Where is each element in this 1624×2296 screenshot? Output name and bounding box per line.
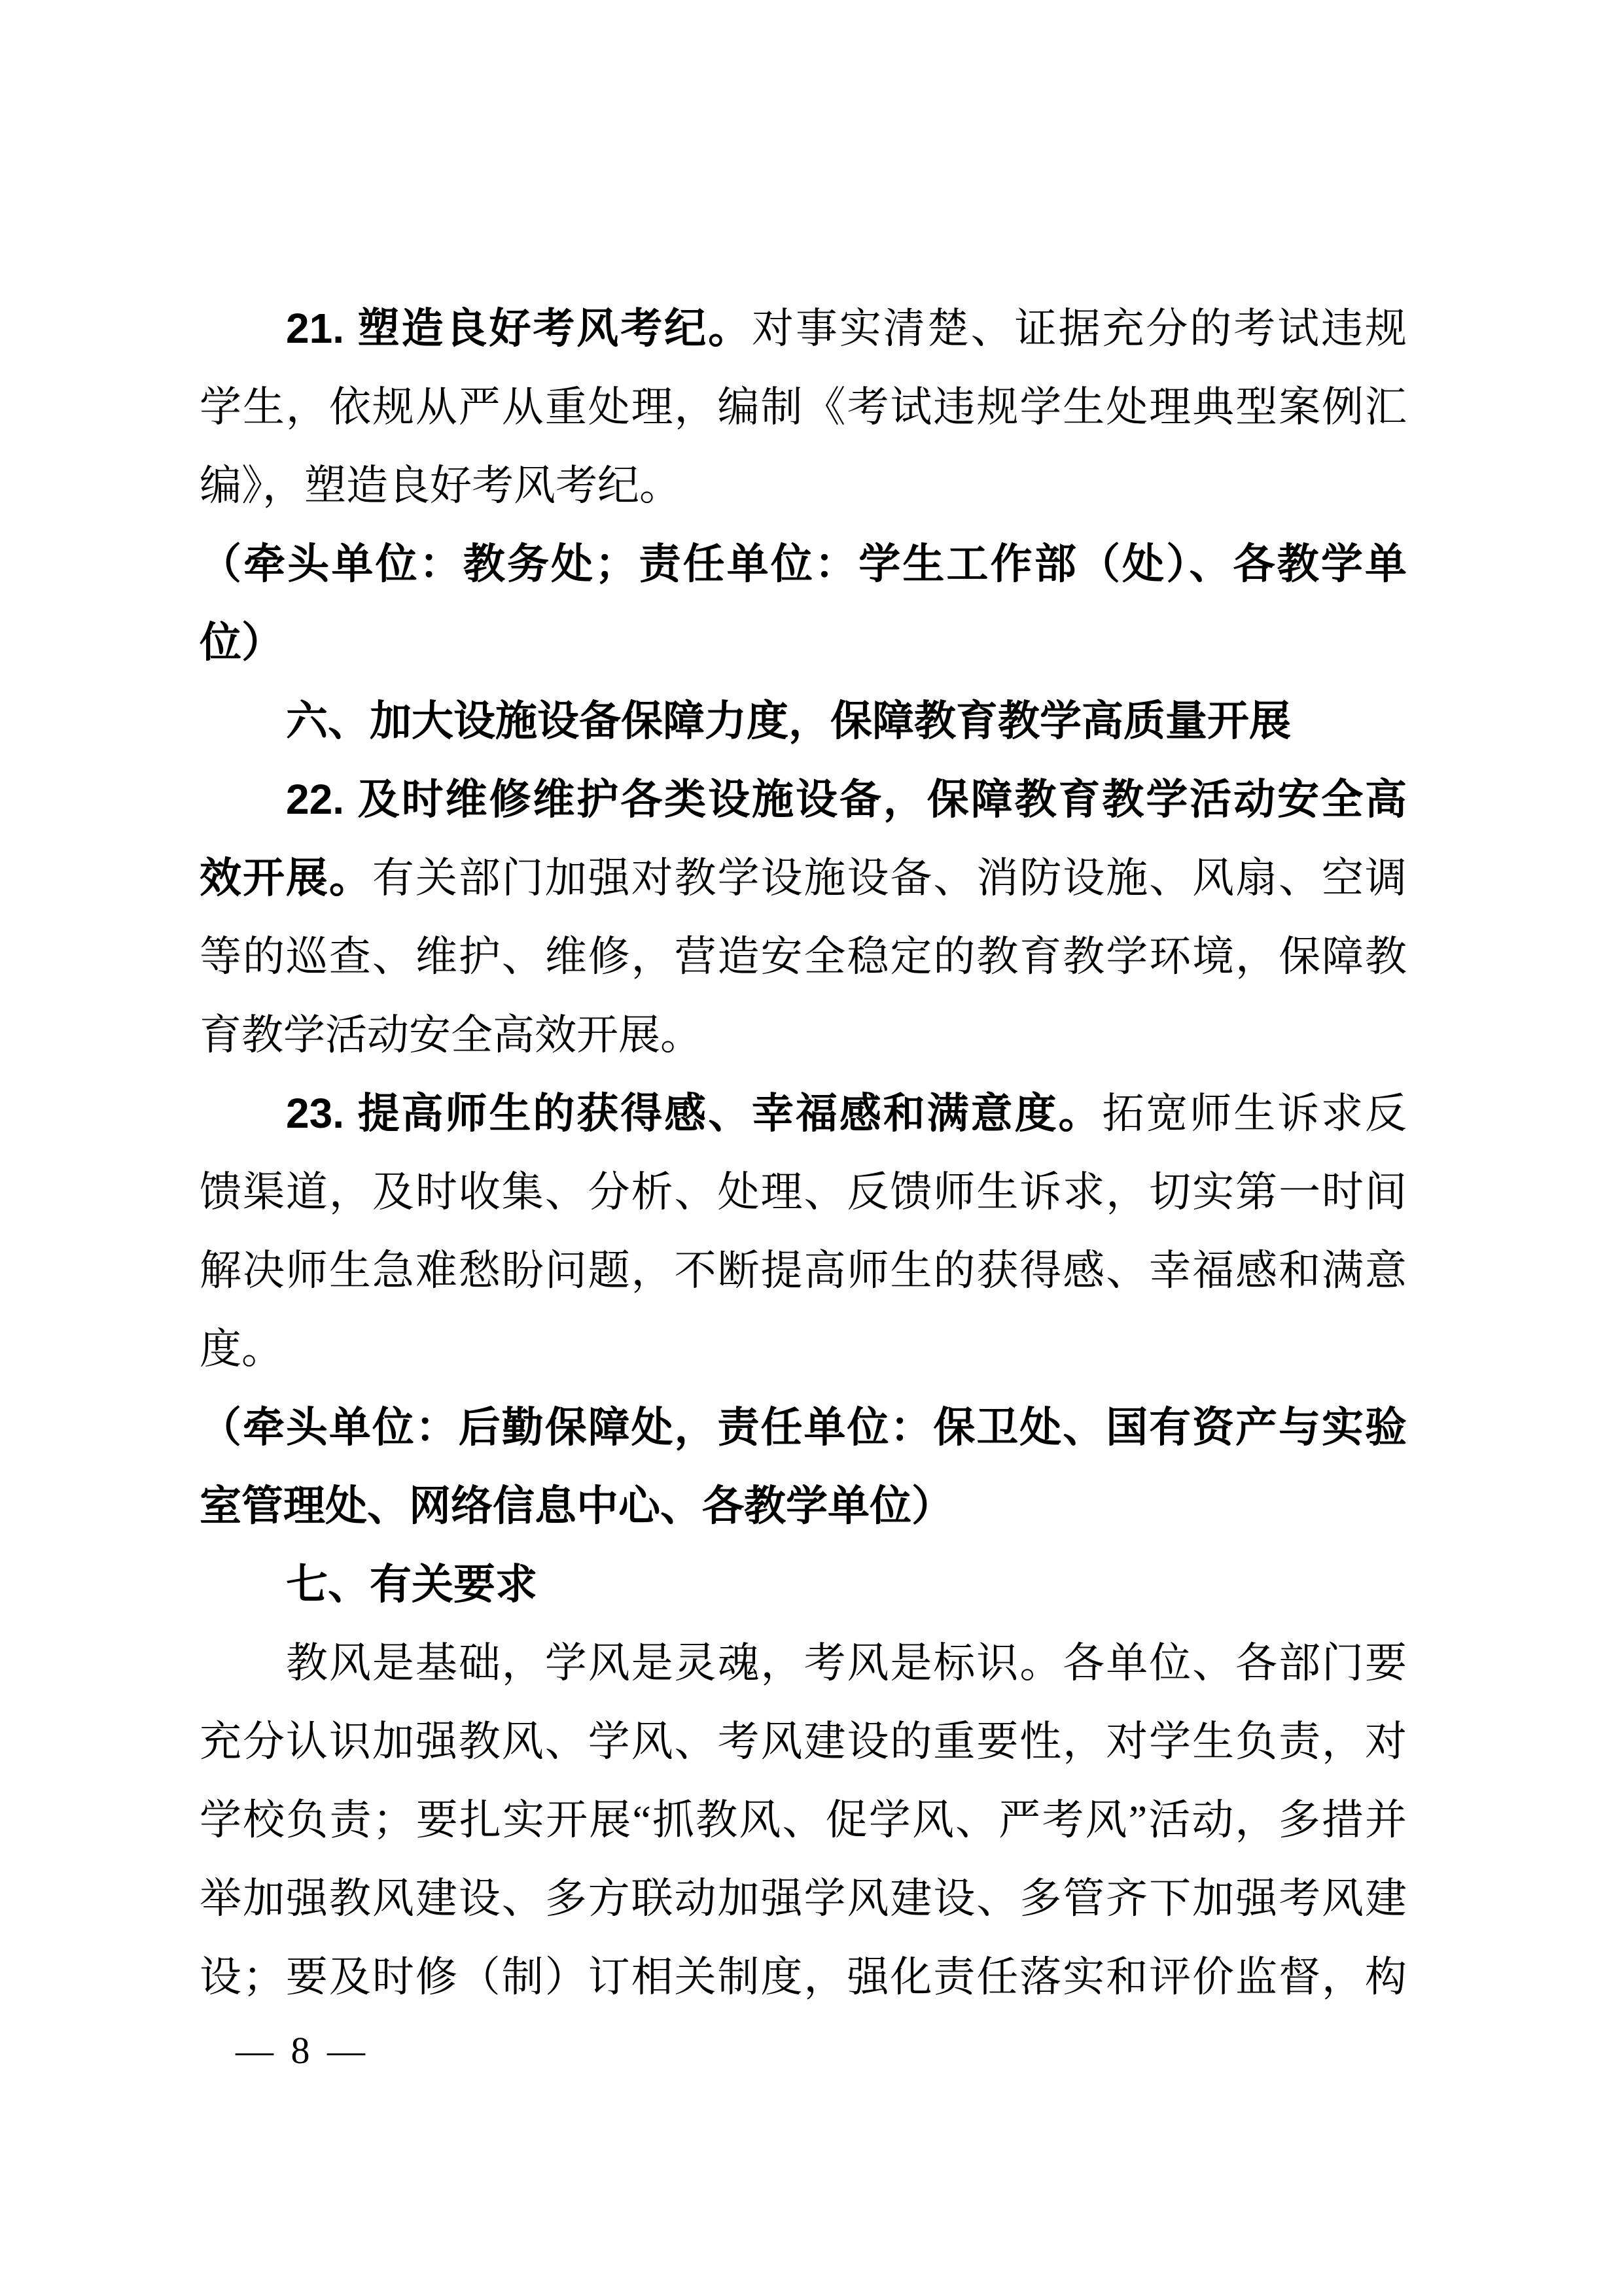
para-21-line-1: 21. 塑造良好考风考纪。对事实清楚、证据充分的考试违规 <box>200 289 1407 368</box>
section-7-line-4: 举加强教风建设、多方联动加强学风建设、多管齐下加强考风建 <box>200 1859 1407 1938</box>
para-23-line-1: 23. 提高师生的获得感、幸福感和满意度。拓宽师生诉求反 <box>200 1074 1407 1153</box>
para-23-title: 23. 提高师生的获得感、幸福感和满意度。 <box>286 1090 1102 1137</box>
para-21-title: 21. 塑造良好考风考纪。 <box>286 305 752 352</box>
para-22-line-2: 效开展。有关部门加强对教学设施设备、消防设施、风扇、空调 <box>200 839 1407 917</box>
para-23-line-2: 馈渠道，及时收集、分析、处理、反馈师生诉求，切实第一时间 <box>200 1153 1407 1231</box>
para-22-line-3: 等的巡查、维护、维修，营造安全稳定的教育教学环境，保障教 <box>200 917 1407 996</box>
para-21-line-3: 编》，塑造良好考风考纪。 <box>200 446 1407 525</box>
para-21-units-line-2: 位） <box>200 603 1407 682</box>
section-7-heading: 七、有关要求 <box>200 1545 1407 1624</box>
section-6-heading: 六、加大设施设备保障力度，保障教育教学高质量开展 <box>200 682 1407 760</box>
para-23-units-line-1: （牵头单位：后勤保障处，责任单位：保卫处、国有资产与实验 <box>200 1388 1407 1467</box>
para-21-text: 对事实清楚、证据充分的考试违规 <box>752 305 1407 352</box>
section-7-line-5: 设；要及时修（制）订相关制度，强化责任落实和评价监督，构 <box>200 1938 1407 2016</box>
document-body: 21. 塑造良好考风考纪。对事实清楚、证据充分的考试违规 学生，依规从严从重处理… <box>200 289 1407 2016</box>
para-22-line-1: 22. 及时维修维护各类设施设备，保障教育教学活动安全高 <box>200 760 1407 839</box>
para-21-line-2: 学生，依规从严从重处理，编制《考试违规学生处理典型案例汇 <box>200 368 1407 446</box>
para-23-line-4: 度。 <box>200 1310 1407 1388</box>
section-7-line-3: 学校负责；要扎实开展“抓教风、促学风、严考风”活动，多措并 <box>200 1781 1407 1859</box>
document-page: 21. 塑造良好考风考纪。对事实清楚、证据充分的考试违规 学生，依规从严从重处理… <box>0 0 1624 2296</box>
page-number: — 8 — <box>236 2029 369 2072</box>
para-23-units-line-2: 室管理处、网络信息中心、各教学单位） <box>200 1467 1407 1545</box>
para-21-units-line-1: （牵头单位：教务处；责任单位：学生工作部（处）、各教学单 <box>200 525 1407 603</box>
section-7-line-1: 教风是基础，学风是灵魂，考风是标识。各单位、各部门要 <box>200 1624 1407 1702</box>
para-22-line-4: 育教学活动安全高效开展。 <box>200 996 1407 1074</box>
para-23-line-3: 解决师生急难愁盼问题，不断提高师生的获得感、幸福感和满意 <box>200 1231 1407 1310</box>
para-22-title: 22. 及时维修维护各类设施设备，保障教育教学活动安全高 <box>286 776 1407 823</box>
section-7-line-2: 充分认识加强教风、学风、考风建设的重要性，对学生负责，对 <box>200 1702 1407 1781</box>
